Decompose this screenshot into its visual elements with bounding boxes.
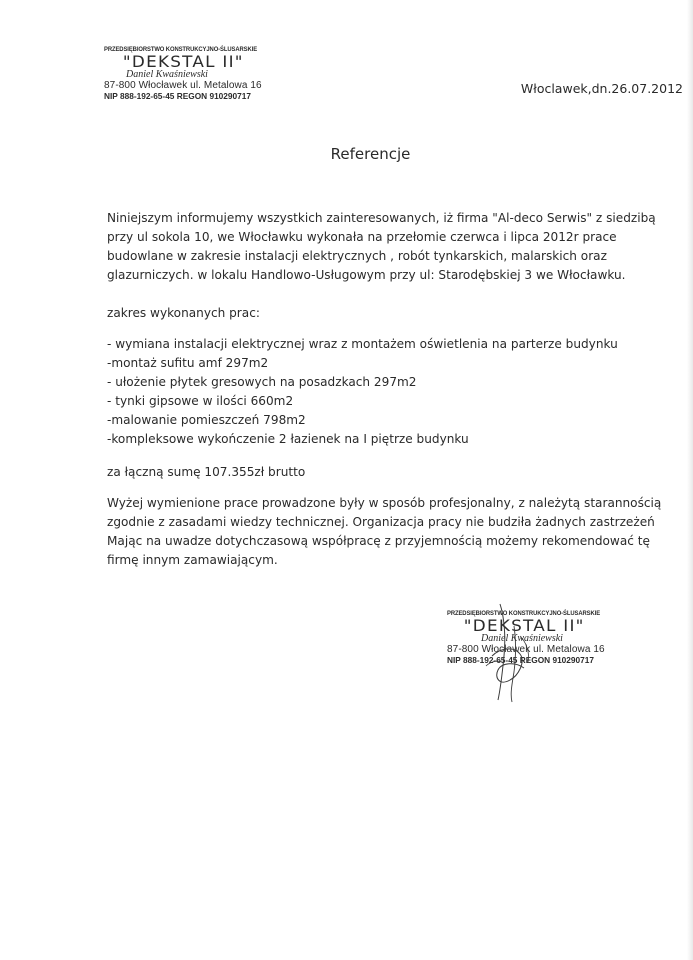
company-ids: NIP 888-192-65-45 REGON 910290717	[104, 92, 270, 100]
works-list-item: - ułożenie płytek gresowych na posadzkac…	[107, 373, 627, 392]
scope-label: zakres wykonanych prac:	[107, 304, 627, 323]
intro-line: glazurniczych. w lokalu Handlowo-Usługow…	[107, 266, 627, 285]
company-ids: NIP 888-192-65-45 REGON 910290717	[447, 656, 613, 664]
closing-paragraph: Wyżej wymienione prace prowadzone były w…	[107, 494, 627, 570]
letter-date: Włoclawek,dn.26.07.2012	[521, 81, 683, 96]
letterhead-stamp: PRZEDSIĘBIORSTWO KONSTRUKCYJNO-ŚLUSARSKI…	[104, 47, 270, 101]
intro-line: Niniejszym informujemy wszystkich zainte…	[107, 209, 627, 228]
works-list-item: - tynki gipsowe w ilości 660m2	[107, 392, 627, 411]
works-list-item: -kompleksowe wykończenie 2 łazienek na I…	[107, 430, 627, 449]
document-page: PRZEDSIĘBIORSTWO KONSTRUKCYJNO-ŚLUSARSKI…	[0, 0, 693, 960]
company-name: "DEKSTAL II"	[104, 54, 279, 70]
document-title: Referencje	[0, 145, 693, 163]
total-amount: za łączną sumę 107.355zł brutto	[107, 463, 627, 482]
closing-line: zgodnie z zasadami wiedzy technicznej. O…	[107, 513, 627, 532]
total-amount-text: za łączną sumę 107.355zł brutto	[107, 463, 627, 482]
intro-line: przy ul sokola 10, we Włocławku wykonała…	[107, 228, 627, 247]
closing-line: Wyżej wymienione prace prowadzone były w…	[107, 494, 627, 513]
company-address: 87-800 Włocławek ul. Metalowa 16	[104, 81, 270, 91]
company-owner: Daniel Kwaśniewski	[104, 70, 270, 80]
works-list-item: -montaż sufitu amf 297m2	[107, 354, 627, 373]
footer-stamp: PRZEDSIĘBIORSTWO KONSTRUKCYJNO-ŚLUSARSKI…	[447, 611, 613, 665]
scope-label-text: zakres wykonanych prac:	[107, 304, 627, 323]
closing-line: Mając na uwadze dotychczasową współpracę…	[107, 532, 627, 551]
company-address: 87-800 Włocławek ul. Metalowa 16	[447, 645, 613, 655]
closing-line: firmę innym zamawiającym.	[107, 551, 627, 570]
company-name: "DEKSTAL II"	[447, 618, 622, 634]
scan-edge-shadow	[687, 0, 693, 960]
works-list: - wymiana instalacji elektrycznej wraz z…	[107, 335, 627, 449]
company-owner: Daniel Kwaśniewski	[447, 634, 613, 644]
intro-line: budowlane w zakresie instalacji elektryc…	[107, 247, 627, 266]
works-list-item: -malowanie pomieszczeń 798m2	[107, 411, 627, 430]
intro-paragraph: Niniejszym informujemy wszystkich zainte…	[107, 209, 627, 285]
works-list-item: - wymiana instalacji elektrycznej wraz z…	[107, 335, 627, 354]
